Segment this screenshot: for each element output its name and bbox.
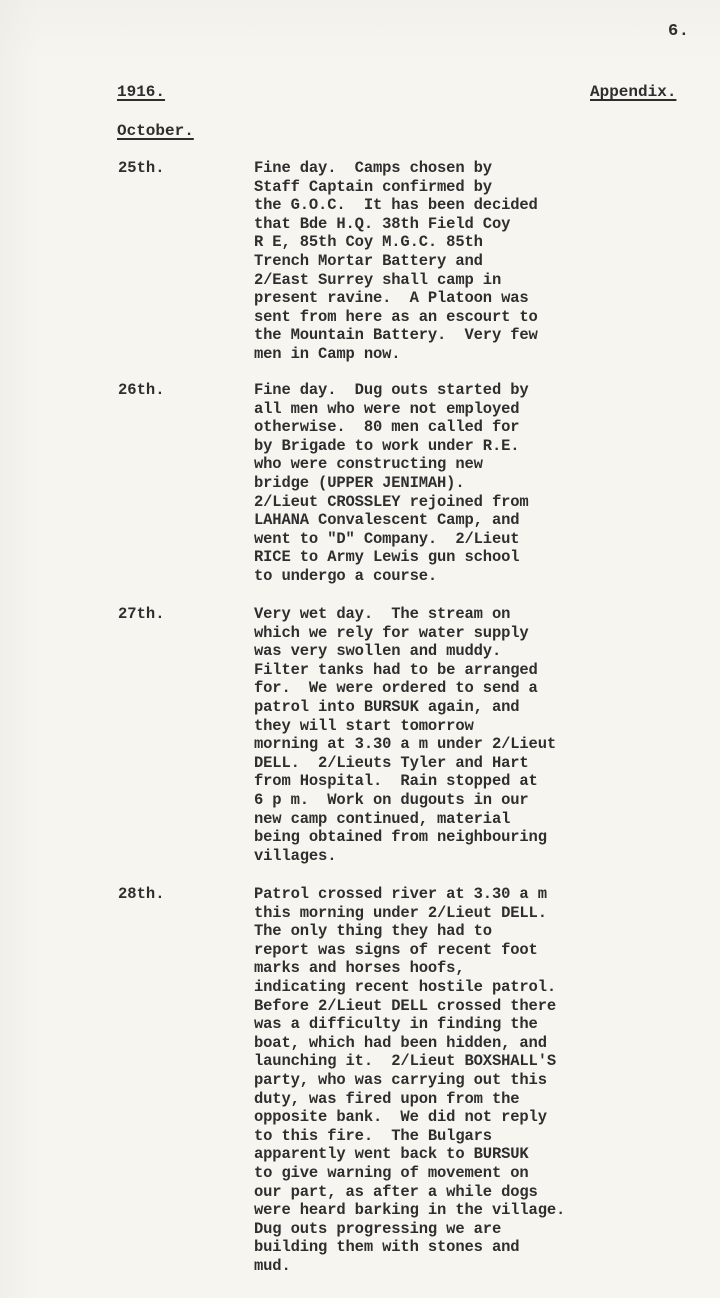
entry-date: 25th. bbox=[118, 159, 165, 177]
text-line: report was signs of recent foot bbox=[254, 941, 565, 960]
year-heading: 1916. bbox=[117, 83, 165, 101]
text-line: present ravine. A Platoon was bbox=[254, 289, 538, 308]
text-line: who were constructing new bbox=[254, 455, 529, 474]
text-line: The only thing they had to bbox=[254, 922, 565, 941]
text-line: was a difficulty in finding the bbox=[254, 1015, 565, 1034]
text-line: our part, as after a while dogs bbox=[254, 1183, 565, 1202]
text-line: to this fire. The Bulgars bbox=[254, 1127, 565, 1146]
text-line: by Brigade to work under R.E. bbox=[254, 437, 529, 456]
text-line: RICE to Army Lewis gun school bbox=[254, 548, 529, 567]
entry-date: 26th. bbox=[118, 381, 165, 399]
text-line: the G.O.C. It has been decided bbox=[254, 196, 538, 215]
text-line: Patrol crossed river at 3.30 a m bbox=[254, 885, 565, 904]
entry-text: Patrol crossed river at 3.30 a mthis mor… bbox=[254, 885, 565, 1275]
text-line: 2/East Surrey shall camp in bbox=[254, 271, 538, 290]
entry-date: 27th. bbox=[118, 605, 165, 623]
text-line: Before 2/Lieut DELL crossed there bbox=[254, 997, 565, 1016]
text-line: mud. bbox=[254, 1257, 565, 1276]
text-line: from Hospital. Rain stopped at bbox=[254, 772, 556, 791]
text-line: Staff Captain confirmed by bbox=[254, 178, 538, 197]
text-line: being obtained from neighbouring bbox=[254, 828, 556, 847]
text-line: villages. bbox=[254, 847, 556, 866]
text-line: went to "D" Company. 2/Lieut bbox=[254, 530, 529, 549]
text-line: R E, 85th Coy M.G.C. 85th bbox=[254, 233, 538, 252]
text-line: sent from here as an escourt to bbox=[254, 308, 538, 327]
text-line: indicating recent hostile patrol. bbox=[254, 978, 565, 997]
appendix-heading: Appendix. bbox=[590, 83, 676, 101]
text-line: morning at 3.30 a m under 2/Lieut bbox=[254, 735, 556, 754]
text-line: that Bde H.Q. 38th Field Coy bbox=[254, 215, 538, 234]
text-line: otherwise. 80 men called for bbox=[254, 418, 529, 437]
text-line: was very swollen and muddy. bbox=[254, 642, 556, 661]
text-line: which we rely for water supply bbox=[254, 624, 556, 643]
text-line: 6 p m. Work on dugouts in our bbox=[254, 791, 556, 810]
text-line: Trench Mortar Battery and bbox=[254, 252, 538, 271]
text-line: men in Camp now. bbox=[254, 345, 538, 364]
text-line: Dug outs progressing we are bbox=[254, 1220, 565, 1239]
text-line: the Mountain Battery. Very few bbox=[254, 326, 538, 345]
entry-text: Fine day. Camps chosen byStaff Captain c… bbox=[254, 159, 538, 364]
text-line: were heard barking in the village. bbox=[254, 1201, 565, 1220]
text-line: apparently went back to BURSUK bbox=[254, 1145, 565, 1164]
entry-text: Very wet day. The stream onwhich we rely… bbox=[254, 605, 556, 865]
text-line: Fine day. Dug outs started by bbox=[254, 381, 529, 400]
text-line: all men who were not employed bbox=[254, 400, 529, 419]
text-line: Filter tanks had to be arranged bbox=[254, 661, 556, 680]
entry-text: Fine day. Dug outs started byall men who… bbox=[254, 381, 529, 586]
text-line: bridge (UPPER JENIMAH). bbox=[254, 474, 529, 493]
entry-date: 28th. bbox=[118, 885, 165, 903]
text-line: LAHANA Convalescent Camp, and bbox=[254, 511, 529, 530]
month-heading: October. bbox=[117, 122, 194, 140]
text-line: to undergo a course. bbox=[254, 567, 529, 586]
text-line: marks and horses hoofs, bbox=[254, 959, 565, 978]
text-line: party, who was carrying out this bbox=[254, 1071, 565, 1090]
text-line: for. We were ordered to send a bbox=[254, 679, 556, 698]
text-line: duty, was fired upon from the bbox=[254, 1090, 565, 1109]
text-line: new camp continued, material bbox=[254, 810, 556, 829]
text-line: patrol into BURSUK again, and bbox=[254, 698, 556, 717]
text-line: this morning under 2/Lieut DELL. bbox=[254, 904, 565, 923]
text-line: 2/Lieut CROSSLEY rejoined from bbox=[254, 493, 529, 512]
text-line: building them with stones and bbox=[254, 1238, 565, 1257]
text-line: to give warning of movement on bbox=[254, 1164, 565, 1183]
text-line: boat, which had been hidden, and bbox=[254, 1034, 565, 1053]
text-line: DELL. 2/Lieuts Tyler and Hart bbox=[254, 754, 556, 773]
text-line: Fine day. Camps chosen by bbox=[254, 159, 538, 178]
text-line: Very wet day. The stream on bbox=[254, 605, 556, 624]
page-number: 6. bbox=[668, 22, 689, 41]
text-line: launching it. 2/Lieut BOXSHALL'S bbox=[254, 1052, 565, 1071]
typewritten-page: 6. 1916. Appendix. October. 25th. Fine d… bbox=[0, 0, 720, 1298]
text-line: they will start tomorrow bbox=[254, 717, 556, 736]
text-line: opposite bank. We did not reply bbox=[254, 1108, 565, 1127]
